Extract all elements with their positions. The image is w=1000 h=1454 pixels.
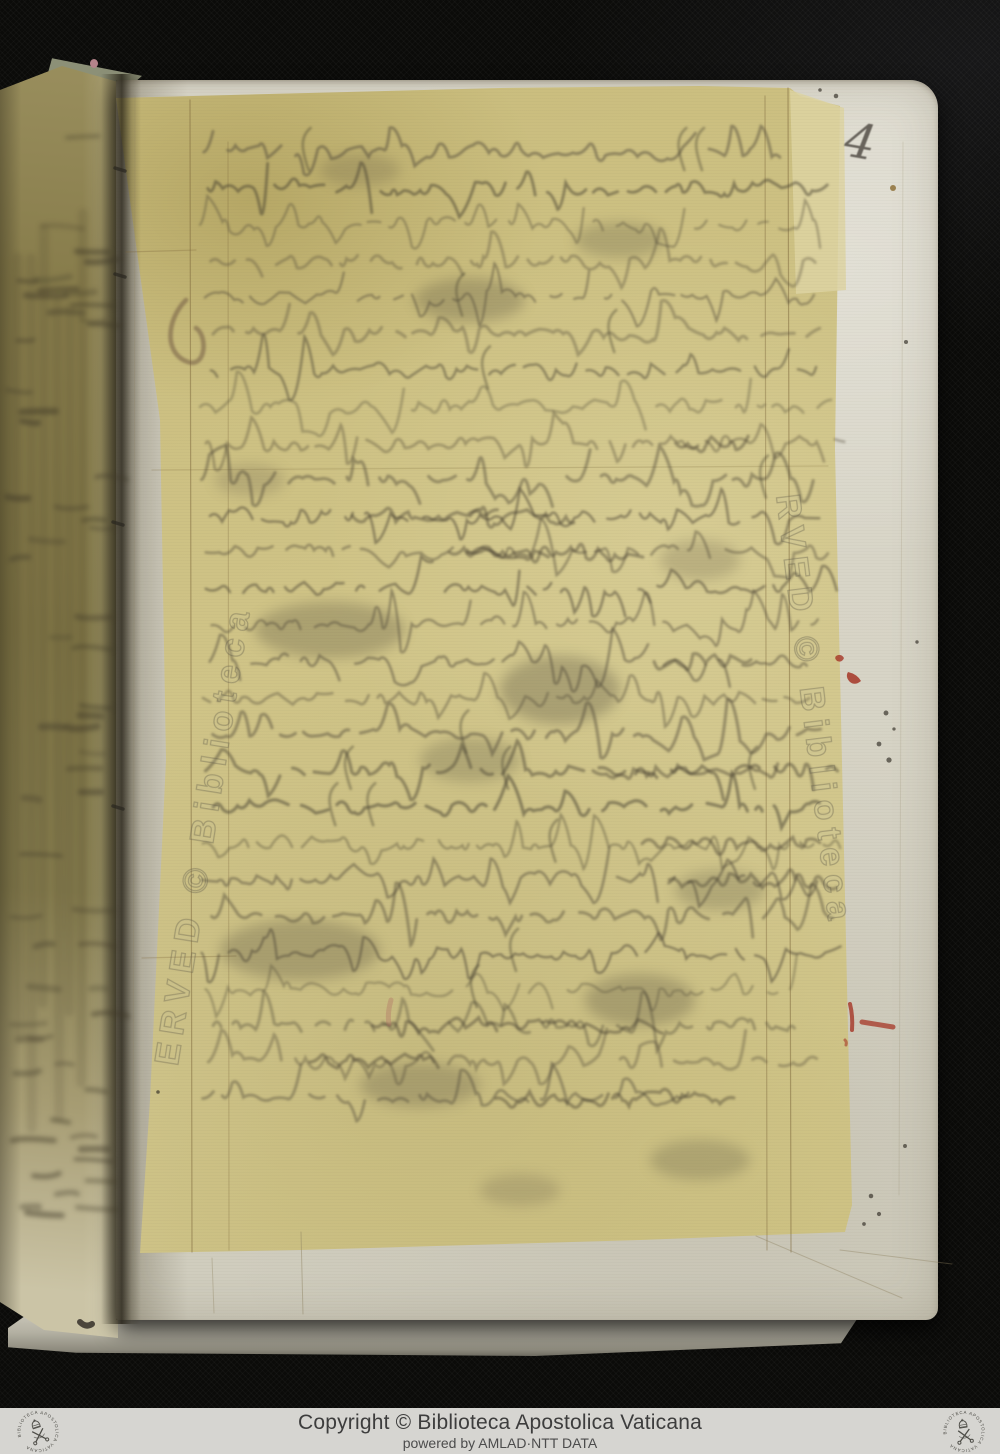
binding-gutter bbox=[101, 74, 141, 1324]
leaf-pale-band bbox=[786, 86, 850, 296]
binding-thread bbox=[90, 59, 98, 68]
footer-bar: BIBLIOTECA APOSTOLICA VATICANA BIBLIOTEC… bbox=[0, 1408, 1000, 1454]
powered-by-text: powered by AMLAD·NTT DATA bbox=[0, 1435, 1000, 1451]
copyright-text: Copyright © Biblioteca Apostolica Vatica… bbox=[0, 1411, 1000, 1435]
manuscript-scan: ERVED © Biblioteca RVED © Biblioteca 4 B… bbox=[0, 0, 1000, 1454]
